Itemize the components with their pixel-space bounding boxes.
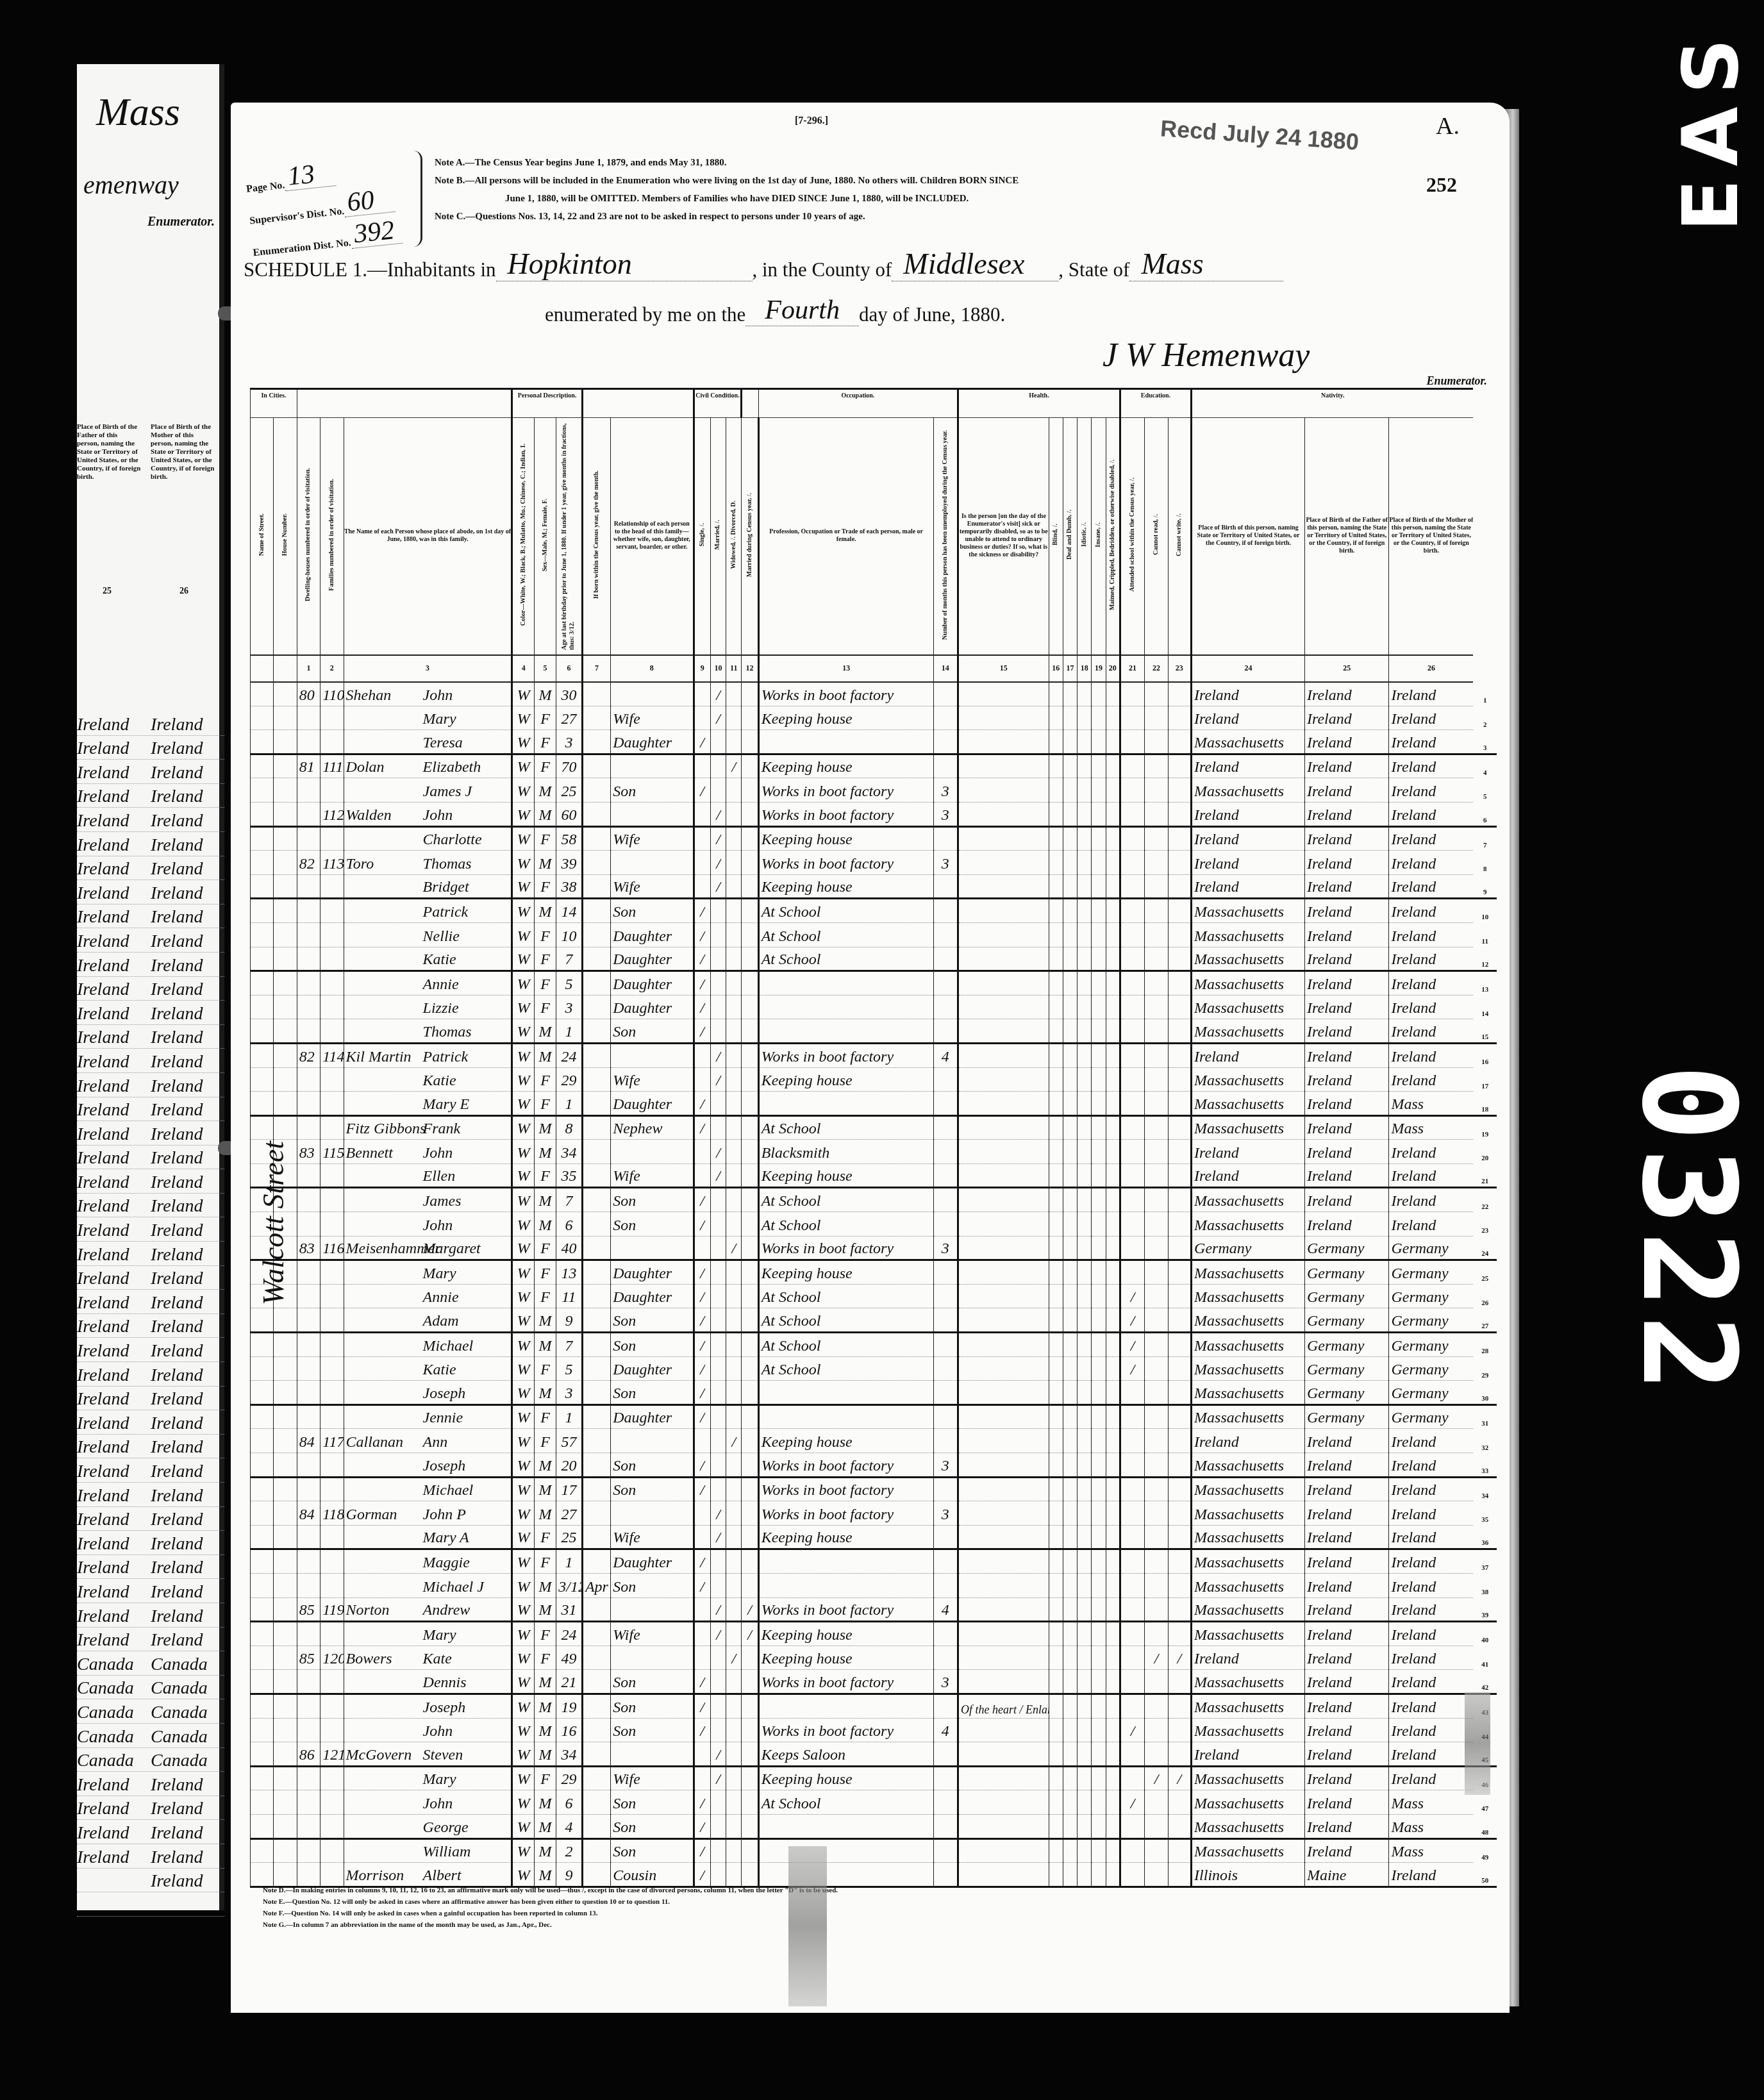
mother-birthplace: Ireland (151, 835, 224, 856)
house-cell (274, 1597, 297, 1622)
months-unemployed-cell (933, 1838, 958, 1863)
birth-month-cell (582, 1429, 610, 1453)
single-cell: / (694, 1477, 710, 1501)
dwelling-number-cell (297, 802, 320, 826)
table-row: 80110ShehanJohnWM30/Works in boot factor… (251, 682, 1497, 706)
idiotic-cell (1078, 1597, 1092, 1622)
mother-birthplace-cell: Ireland (1389, 682, 1473, 706)
column-number: 4 (512, 655, 534, 682)
surname: Toro (346, 856, 423, 873)
father-birthplace: Ireland (77, 1630, 151, 1651)
person-name-cell: Michael J (344, 1573, 512, 1597)
person-name-cell: Thomas (344, 1019, 512, 1044)
idiotic-cell (1078, 922, 1092, 947)
color-cell: W (512, 730, 534, 754)
sickness-cell (958, 682, 1049, 706)
insane-cell (1092, 1092, 1106, 1116)
father-birthplace: Ireland (77, 738, 151, 759)
maimed-cell (1106, 874, 1120, 899)
person-name-cell: ShehanJohn (344, 682, 512, 706)
prev-page-row: IrelandIreland (77, 1001, 224, 1025)
occupation-cell: Keeping house (758, 706, 933, 730)
widowed-cell (726, 1863, 742, 1887)
single-cell: / (694, 1838, 710, 1863)
column-header: Relationship of each person to the head … (611, 418, 694, 655)
attended-school-cell (1120, 682, 1144, 706)
birth-month-cell (582, 851, 610, 875)
deaf-dumb-cell (1063, 1356, 1077, 1381)
idiotic-cell (1078, 899, 1092, 923)
mother-birthplace: Ireland (151, 763, 224, 783)
house-cell (274, 1043, 297, 1067)
widowed-cell (726, 1477, 742, 1501)
cannot-read-cell (1145, 802, 1168, 826)
age-cell: 38 (556, 874, 582, 899)
birthplace-cell: Ireland (1192, 1043, 1305, 1067)
father-birthplace: Ireland (77, 835, 151, 856)
house-cell (274, 1092, 297, 1116)
age-cell: 30 (556, 682, 582, 706)
birthplace-cell: Massachusetts (1192, 730, 1305, 754)
widowed-cell (726, 1549, 742, 1574)
deaf-dumb-cell (1063, 1115, 1077, 1140)
insane-cell (1092, 802, 1106, 826)
idiotic-cell (1078, 1718, 1092, 1742)
column-header-text: Insane, /. (1095, 522, 1102, 547)
sex-cell: M (534, 1115, 556, 1140)
mother-birthplace-cell: Germany (1389, 1260, 1473, 1285)
prev-page-row: IrelandIreland (77, 1121, 224, 1146)
sickness-cell (958, 778, 1049, 803)
deaf-dumb-cell (1063, 1067, 1077, 1092)
cannot-read-cell (1145, 899, 1168, 923)
occupation-cell: Keeping house (758, 1163, 933, 1188)
age-cell: 35 (556, 1163, 582, 1188)
note-f: Note F.—Question No. 14 will only be ask… (263, 1908, 1224, 1919)
father-birthplace-cell: Ireland (1305, 1092, 1389, 1116)
months-unemployed-cell (933, 1429, 958, 1453)
cannot-read-cell: / (1145, 1646, 1168, 1670)
color-cell: W (512, 1212, 534, 1237)
person-name-cell: Bridget (344, 874, 512, 899)
maimed-cell (1106, 899, 1120, 923)
relationship-cell: Wife (611, 1622, 694, 1646)
color-cell: W (512, 1453, 534, 1478)
column-header: House Number. (274, 418, 297, 655)
sex-cell: F (534, 1284, 556, 1308)
widowed-cell (726, 1525, 742, 1549)
sickness-cell (958, 1766, 1049, 1790)
widowed-cell (726, 1622, 742, 1646)
months-unemployed-cell (933, 754, 958, 778)
married-census-year-cell (742, 1477, 758, 1501)
mother-birthplace-cell: Mass (1389, 1838, 1473, 1863)
family-number-cell (320, 1115, 344, 1140)
deaf-dumb-cell (1063, 1019, 1077, 1044)
sickness-cell (958, 1742, 1049, 1767)
family-number-cell: 119 (320, 1597, 344, 1622)
color-cell: W (512, 1140, 534, 1164)
father-birthplace: Canada (77, 1703, 151, 1723)
dwelling-number-cell (297, 1067, 320, 1092)
house-cell (274, 995, 297, 1019)
insane-cell (1092, 1477, 1106, 1501)
street-cell (251, 899, 274, 923)
widowed-cell (726, 1718, 742, 1742)
family-number-cell (320, 1838, 344, 1863)
deaf-dumb-cell (1063, 1236, 1077, 1260)
color-cell: W (512, 1766, 534, 1790)
house-cell (274, 1477, 297, 1501)
line-number-cell: 16 (1473, 1043, 1497, 1067)
cannot-write-cell: / (1168, 1646, 1191, 1670)
sex-cell: F (534, 947, 556, 971)
single-cell (694, 1140, 710, 1164)
person-name-cell: WaldenJohn (344, 802, 512, 826)
sex-cell: M (534, 1501, 556, 1526)
relationship-cell (611, 754, 694, 778)
single-cell (694, 1067, 710, 1092)
house-cell (274, 1549, 297, 1574)
age-cell: 8 (556, 1115, 582, 1140)
house-cell (274, 1646, 297, 1670)
prev-page-row: IrelandIreland (77, 1049, 224, 1073)
maimed-cell (1106, 706, 1120, 730)
line-number-cell: 8 (1473, 851, 1497, 875)
age-cell: 5 (556, 971, 582, 996)
father-birthplace: Ireland (77, 1341, 151, 1362)
house-cell (274, 730, 297, 754)
given-name: George (423, 1819, 469, 1836)
months-unemployed-cell: 4 (933, 1597, 958, 1622)
sex-cell: M (534, 1790, 556, 1815)
married-cell (710, 1477, 726, 1501)
cannot-read-cell (1145, 1212, 1168, 1237)
deaf-dumb-cell (1063, 1766, 1077, 1790)
sickness-cell (958, 922, 1049, 947)
idiotic-cell (1078, 1790, 1092, 1815)
cannot-read-cell (1145, 730, 1168, 754)
enum-day-value: Fourth (745, 295, 859, 326)
father-birthplace-cell: Germany (1305, 1381, 1389, 1405)
birth-month-cell (582, 1718, 610, 1742)
mother-birthplace-cell: Ireland (1389, 851, 1473, 875)
father-birthplace-cell: Ireland (1305, 1067, 1389, 1092)
dwelling-number-cell (297, 922, 320, 947)
blind-cell (1049, 1597, 1063, 1622)
sex-cell: F (534, 1549, 556, 1574)
insane-cell (1092, 1790, 1106, 1815)
column-header: Families numbered in order of visitation… (320, 418, 344, 655)
street-cell (251, 1453, 274, 1478)
column-header-text: Attended school within the Census year, … (1129, 478, 1136, 592)
mother-birthplace-cell: Ireland (1389, 1622, 1473, 1646)
attended-school-cell (1120, 922, 1144, 947)
family-number-cell (320, 1766, 344, 1790)
sickness-cell (958, 1622, 1049, 1646)
attended-school-cell (1120, 826, 1144, 851)
received-stamp: Recd July 24 1880 (1160, 115, 1360, 156)
given-name: Ann (423, 1434, 448, 1451)
street-cell (251, 1019, 274, 1044)
cannot-write-cell (1168, 851, 1191, 875)
house-cell (274, 1019, 297, 1044)
cannot-write-cell (1168, 1308, 1191, 1333)
sickness-cell (958, 1525, 1049, 1549)
line-number-cell: 4 (1473, 754, 1497, 778)
column-number: 9 (694, 655, 710, 682)
line-number-cell: 33 (1473, 1453, 1497, 1478)
married-census-year-cell (742, 1163, 758, 1188)
cannot-read-cell (1145, 706, 1168, 730)
relationship-cell: Daughter (611, 947, 694, 971)
birthplace-cell: Germany (1192, 1236, 1305, 1260)
widowed-cell (726, 1694, 742, 1718)
relationship-cell (611, 851, 694, 875)
blind-cell (1049, 1308, 1063, 1333)
deaf-dumb-cell (1063, 1140, 1077, 1164)
married-cell (710, 1646, 726, 1670)
color-cell: W (512, 1597, 534, 1622)
person-name-cell: James J (344, 778, 512, 803)
cannot-read-cell (1145, 1790, 1168, 1815)
age-cell: 27 (556, 1501, 582, 1526)
married-census-year-cell (742, 1284, 758, 1308)
given-name: Patrick (423, 1049, 469, 1065)
father-birthplace: Ireland (77, 1534, 151, 1554)
insane-cell (1092, 1333, 1106, 1357)
column-header: Maimed, Crippled, Bedridden, or otherwis… (1106, 418, 1120, 655)
single-cell: / (694, 1212, 710, 1237)
idiotic-cell (1078, 1814, 1092, 1838)
birthplace-cell: Massachusetts (1192, 1115, 1305, 1140)
sickness-cell (958, 1043, 1049, 1067)
cannot-read-cell (1145, 1549, 1168, 1574)
deaf-dumb-cell (1063, 1814, 1077, 1838)
person-name-cell: BennettJohn (344, 1140, 512, 1164)
months-unemployed-cell: 4 (933, 1718, 958, 1742)
father-birthplace-cell: Germany (1305, 1333, 1389, 1357)
widowed-cell (726, 1838, 742, 1863)
father-birthplace: Ireland (77, 956, 151, 976)
months-unemployed-cell (933, 922, 958, 947)
mother-birthplace-cell: Ireland (1389, 1477, 1473, 1501)
birthplace-cell: Massachusetts (1192, 1718, 1305, 1742)
column-number: 5 (534, 655, 556, 682)
given-name: John (423, 1145, 453, 1162)
married-cell (710, 1260, 726, 1285)
age-cell: 39 (556, 851, 582, 875)
family-number-cell (320, 1308, 344, 1333)
birth-month-cell (582, 1019, 610, 1044)
attended-school-cell: / (1120, 1333, 1144, 1357)
months-unemployed-cell: 3 (933, 778, 958, 803)
prev-page-row: IrelandIreland (77, 1507, 224, 1531)
family-number-cell: 116 (320, 1236, 344, 1260)
months-unemployed-cell (933, 1790, 958, 1815)
married-census-year-cell (742, 1694, 758, 1718)
column-header: Cannot write, /. (1168, 418, 1191, 655)
married-census-year-cell (742, 1573, 758, 1597)
given-name: Katie (423, 1362, 456, 1378)
idiotic-cell (1078, 1212, 1092, 1237)
deaf-dumb-cell (1063, 682, 1077, 706)
table-row: PatrickWM14Son/At SchoolMassachusettsIre… (251, 899, 1497, 923)
mother-birthplace-cell: Ireland (1389, 1019, 1473, 1044)
column-header-text: Dwelling-houses numbered in order of vis… (304, 468, 312, 601)
blind-cell (1049, 1863, 1063, 1887)
sex-cell: F (534, 706, 556, 730)
relationship-cell: Wife (611, 1067, 694, 1092)
birth-month-cell (582, 1356, 610, 1381)
dwelling-number-cell (297, 1356, 320, 1381)
mother-birthplace: Ireland (151, 1462, 224, 1482)
prev-page-col25-header: Place of Birth of the Father of this per… (77, 423, 141, 481)
widowed-cell (726, 1115, 742, 1140)
given-name: Katie (423, 1072, 456, 1089)
column-header-row: Name of Street.House Number.Dwelling-hou… (251, 418, 1497, 655)
insane-cell (1092, 1381, 1106, 1405)
idiotic-cell (1078, 874, 1092, 899)
mother-birthplace: Ireland (151, 1052, 224, 1072)
family-number-cell (320, 1549, 344, 1574)
column-header: Cannot read, /. (1145, 418, 1168, 655)
age-cell: 6 (556, 1790, 582, 1815)
married-cell (710, 1404, 726, 1429)
mother-birthplace-cell: Ireland (1389, 1573, 1473, 1597)
cannot-read-cell (1145, 874, 1168, 899)
relationship-cell: Son (611, 1308, 694, 1333)
birth-month-cell (582, 1188, 610, 1212)
idiotic-cell (1078, 947, 1092, 971)
line-number-cell: 15 (1473, 1019, 1497, 1044)
deaf-dumb-cell (1063, 1549, 1077, 1574)
maimed-cell (1106, 1308, 1120, 1333)
age-cell: 19 (556, 1694, 582, 1718)
color-cell: W (512, 899, 534, 923)
prev-page-row: IrelandIreland (77, 1579, 224, 1603)
months-unemployed-cell (933, 971, 958, 996)
house-cell (274, 1838, 297, 1863)
cannot-write-cell (1168, 922, 1191, 947)
cannot-read-cell (1145, 1477, 1168, 1501)
street-cell (251, 1742, 274, 1767)
single-cell: / (694, 1308, 710, 1333)
age-cell: 4 (556, 1814, 582, 1838)
person-name-cell: John (344, 1212, 512, 1237)
father-birthplace-cell: Ireland (1305, 802, 1389, 826)
attended-school-cell (1120, 899, 1144, 923)
street-cell (251, 778, 274, 803)
person-name-cell: Annie (344, 1284, 512, 1308)
dwelling-number-cell (297, 1453, 320, 1478)
color-cell: W (512, 1549, 534, 1574)
cannot-write-cell (1168, 874, 1191, 899)
mother-birthplace-cell: Germany (1389, 1381, 1473, 1405)
cannot-write-cell (1168, 1333, 1191, 1357)
married-cell (710, 1790, 726, 1815)
single-cell: / (694, 1115, 710, 1140)
family-number-cell (320, 899, 344, 923)
married-census-year-cell (742, 1525, 758, 1549)
sex-cell: F (534, 1766, 556, 1790)
sex-cell: M (534, 1573, 556, 1597)
maimed-cell (1106, 1694, 1120, 1718)
relationship-cell (611, 1236, 694, 1260)
months-unemployed-cell (933, 1356, 958, 1381)
sickness-cell (958, 1019, 1049, 1044)
occupation-cell: At School (758, 947, 933, 971)
column-number: 1 (297, 655, 320, 682)
column-header: Dwelling-houses numbered in order of vis… (297, 418, 320, 655)
mother-birthplace-cell: Ireland (1389, 730, 1473, 754)
given-name: Nellie (423, 928, 460, 945)
age-cell: 60 (556, 802, 582, 826)
single-cell: / (694, 1356, 710, 1381)
prev-page-row: IrelandIreland (77, 712, 224, 736)
maimed-cell (1106, 995, 1120, 1019)
birthplace-cell: Ireland (1192, 1163, 1305, 1188)
married-census-year-cell (742, 971, 758, 996)
dwelling-number-cell (297, 1163, 320, 1188)
single-cell: / (694, 1573, 710, 1597)
sex-cell: M (534, 1381, 556, 1405)
street-cell (251, 1573, 274, 1597)
family-number-cell (320, 947, 344, 971)
age-cell: 2 (556, 1838, 582, 1863)
cannot-write-cell (1168, 1163, 1191, 1188)
maimed-cell (1106, 971, 1120, 996)
dwelling-number-cell: 81 (297, 754, 320, 778)
mother-birthplace: Ireland (151, 1172, 224, 1193)
birthplace-cell: Massachusetts (1192, 1092, 1305, 1116)
single-cell: / (694, 995, 710, 1019)
mother-birthplace: Ireland (151, 1124, 224, 1145)
occupation-cell: Works in boot factory (758, 1453, 933, 1478)
father-birthplace: Ireland (77, 859, 151, 879)
census-rows: 80110ShehanJohnWM30/Works in boot factor… (251, 682, 1497, 1887)
house-cell (274, 1429, 297, 1453)
age-cell: 1 (556, 1549, 582, 1574)
color-cell: W (512, 778, 534, 803)
color-cell: W (512, 971, 534, 996)
widowed-cell (726, 1333, 742, 1357)
table-row: MorrisonAlbertWM9Cousin/IllinoisMaineIre… (251, 1863, 1497, 1887)
idiotic-cell (1078, 1260, 1092, 1285)
deaf-dumb-cell (1063, 1670, 1077, 1694)
father-birthplace: Ireland (77, 979, 151, 1000)
occupation-cell: Works in boot factory (758, 1670, 933, 1694)
street-cell (251, 1092, 274, 1116)
birthplace-cell: Massachusetts (1192, 1670, 1305, 1694)
line-number-cell: 42 (1473, 1670, 1497, 1694)
deaf-dumb-cell (1063, 1622, 1077, 1646)
mother-birthplace: Canada (151, 1654, 224, 1675)
mother-birthplace-cell: Ireland (1389, 1718, 1473, 1742)
sickness-cell (958, 971, 1049, 996)
sickness-cell (958, 1381, 1049, 1405)
dwelling-number-cell (297, 706, 320, 730)
blind-cell (1049, 1236, 1063, 1260)
cannot-read-cell (1145, 1019, 1168, 1044)
blind-cell (1049, 1742, 1063, 1767)
color-cell: W (512, 1381, 534, 1405)
cannot-write-cell (1168, 1429, 1191, 1453)
occupation-cell (758, 1404, 933, 1429)
months-unemployed-cell (933, 1863, 958, 1887)
dwelling-number-cell (297, 1381, 320, 1405)
column-number: 26 (1389, 655, 1473, 682)
